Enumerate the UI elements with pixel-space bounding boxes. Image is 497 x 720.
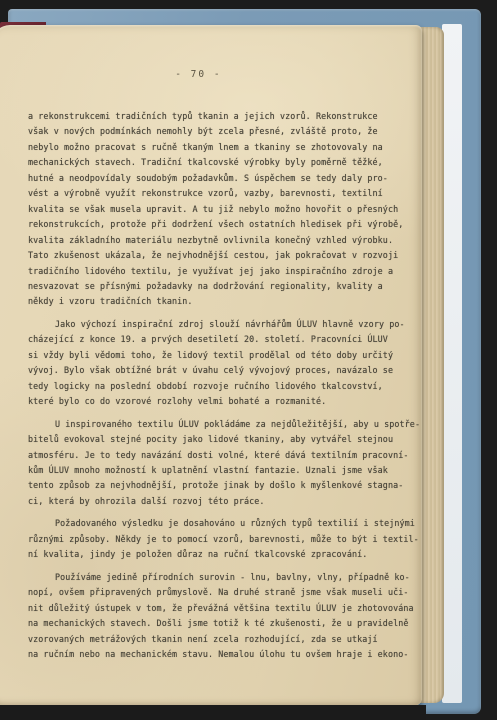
text-line: tento způsob za nejvhodnější, protože ji… bbox=[28, 478, 408, 493]
paragraph: Používáme jedině přírodních surovin - ln… bbox=[28, 570, 408, 663]
book-photo: - 70 - a rekonstrukcemi tradičních typů … bbox=[0, 0, 497, 720]
book-page: - 70 - a rekonstrukcemi tradičních typů … bbox=[0, 25, 422, 706]
text-line: bitelů evokoval stejné pocity jako lidov… bbox=[28, 432, 408, 447]
photo-shadow-mask bbox=[0, 705, 426, 720]
text-line: hutné a neodpovídaly soudobým požadavkům… bbox=[28, 171, 408, 186]
text-line: nesvazovat se přísnými požadavky na dodr… bbox=[28, 279, 408, 294]
text-line: kům ÚLUV mnoho možností k uplatnění vlas… bbox=[28, 463, 408, 478]
text-line: si vždy byli vědomi toho, že lidový text… bbox=[28, 348, 408, 363]
page-number: - 70 - bbox=[0, 69, 405, 80]
text-line: ní kvalita, jindy je položen důraz na ru… bbox=[28, 547, 408, 562]
paragraph: U inspirovaného textilu ÚLUV pokládáme z… bbox=[28, 417, 408, 510]
text-line: nit důležitý ústupek v tom, že převážná … bbox=[28, 601, 408, 616]
text-line: vývoj. Bylo však obtížné brát v úvahu ce… bbox=[28, 363, 408, 378]
text-line: nebylo možno pracovat s ručně tkaným lne… bbox=[28, 140, 408, 155]
text-line: mechanických stavech. Tradiční tkalcovsk… bbox=[28, 155, 408, 170]
white-page-block-edge bbox=[442, 24, 462, 703]
text-line: na ručním nebo na mechanickém stavu. Nem… bbox=[28, 647, 408, 662]
paragraph: Požadovaného výsledku je dosahováno u rů… bbox=[28, 516, 408, 562]
text-line: kvalita se však musela upravit. A tu již… bbox=[28, 202, 408, 217]
text-line: a rekonstrukcemi tradičních typů tkanin … bbox=[28, 109, 408, 124]
text-line: Používáme jedině přírodních surovin - ln… bbox=[28, 570, 408, 585]
text-line: které bylo co do vzorové rozlohy velmi b… bbox=[28, 394, 408, 409]
paragraph: a rekonstrukcemi tradičních typů tkanin … bbox=[28, 109, 408, 310]
text-line: tedy logicky na poslední období rozvoje … bbox=[28, 379, 408, 394]
text-line: nopí, ovšem připravených průmyslově. Na … bbox=[28, 585, 408, 600]
paragraph: Jako výchozí inspirační zdroj slouží náv… bbox=[28, 317, 408, 410]
text-block: a rekonstrukcemi tradičních typů tkanin … bbox=[28, 109, 408, 669]
text-line: někdy i vzoru tradičních tkanin. bbox=[28, 294, 408, 309]
text-line: rekonstrukcích, protože při dodržení vše… bbox=[28, 217, 408, 232]
text-line: na mechanických stavech. Došli jsme toti… bbox=[28, 616, 408, 631]
text-line: tradičního lidového textilu, je využívat… bbox=[28, 264, 408, 279]
text-line: vzorovaných metrážových tkanin není zcel… bbox=[28, 632, 408, 647]
text-line: ci, která by ohrozila další rozvoj této … bbox=[28, 494, 408, 509]
text-line: U inspirovaného textilu ÚLUV pokládáme z… bbox=[28, 417, 408, 432]
text-line: atmosféru. Je to tedy navázání dosti vol… bbox=[28, 448, 408, 463]
text-line: Tato zkušenost ukázala, že nejvhodnější … bbox=[28, 248, 408, 263]
text-line: však v nových podmínkách nemohly být zce… bbox=[28, 124, 408, 139]
text-line: Požadovaného výsledku je dosahováno u rů… bbox=[28, 516, 408, 531]
text-line: cházející z konce 19. a prvých desetilet… bbox=[28, 332, 408, 347]
text-line: kvalita základního materiálu nezbytně ov… bbox=[28, 233, 408, 248]
text-line: Jako výchozí inspirační zdroj slouží náv… bbox=[28, 317, 408, 332]
text-line: vést a výrobně využít rekonstrukce vzorů… bbox=[28, 186, 408, 201]
text-line: různými způsoby. Někdy je to pomocí vzor… bbox=[28, 532, 408, 547]
